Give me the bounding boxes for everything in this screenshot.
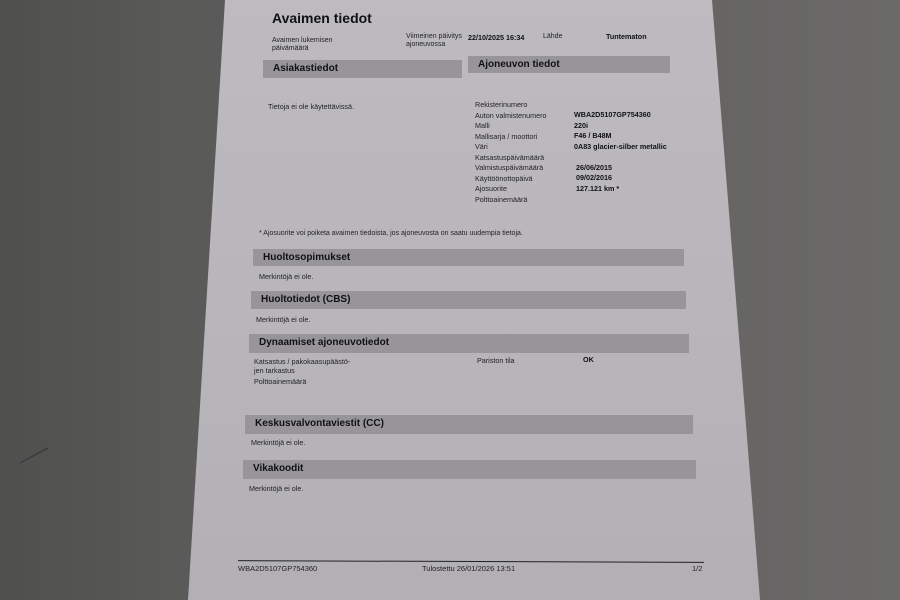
inspection-label: Katsastus / pakokaasupäästö- jen tarkast… bbox=[254, 357, 350, 375]
vehicle-field-label: Malli bbox=[475, 121, 490, 130]
dynamic-heading: Dynaamiset ajoneuvotiedot bbox=[259, 337, 389, 348]
vehicle-field-label: Valmistuspäivämäärä bbox=[475, 163, 543, 172]
key-read-date-label: Avaimen lukemisen päivämäärä bbox=[272, 37, 333, 53]
vehicle-field-label: Mallisarja / moottori bbox=[475, 132, 537, 141]
section-header-service-contracts: Huoltosopimukset bbox=[253, 249, 684, 266]
vehicle-field-label: Väri bbox=[475, 142, 488, 151]
vehicle-field-value: 09/02/2016 bbox=[576, 173, 612, 182]
last-update-label-line2: ajoneuvossa bbox=[406, 41, 462, 49]
footer-rule bbox=[238, 560, 704, 563]
source-value: Tuntematon bbox=[606, 32, 647, 41]
printed-page: Avaimen tiedot Avaimen lukemisen päivämä… bbox=[0, 0, 900, 600]
key-read-date-label-line1: Avaimen lukemisen bbox=[272, 37, 333, 45]
vehicle-field-label: Käyttöönottopäivä bbox=[475, 174, 533, 183]
section-header-dynamic: Dynaamiset ajoneuvotiedot bbox=[249, 334, 689, 353]
surface-scratch bbox=[20, 448, 49, 464]
vehicle-field-value: 26/06/2015 bbox=[576, 163, 612, 172]
inspection-label-line1: Katsastus / pakokaasupäästö- bbox=[254, 357, 350, 366]
inspection-label-line2: jen tarkastus bbox=[254, 366, 350, 375]
vehicle-field-label: Ajosuorite bbox=[475, 184, 507, 193]
mileage-footnote: * Ajosuorite voi poiketa avaimen tiedois… bbox=[259, 230, 523, 237]
fault-codes-text: Merkintöjä ei ole. bbox=[249, 484, 303, 493]
service-data-text: Merkintöjä ei ole. bbox=[256, 315, 310, 324]
vehicle-field-value: 127.121 km * bbox=[576, 184, 619, 193]
page-title: Avaimen tiedot bbox=[272, 10, 372, 26]
section-header-check-control: Keskusvalvontaviestit (CC) bbox=[245, 415, 693, 434]
vehicle-field-value: 0A83 glacier-silber metallic bbox=[574, 142, 667, 151]
last-update-label: Viimeinen päivitys ajoneuvossa bbox=[406, 33, 462, 49]
battery-status-label: Pariston tila bbox=[477, 356, 515, 365]
customer-heading: Asiakastiedot bbox=[273, 63, 338, 74]
footer-page-number: 1/2 bbox=[692, 564, 702, 573]
section-header-customer: Asiakastiedot bbox=[263, 60, 462, 78]
fault-codes-heading: Vikakoodit bbox=[253, 463, 303, 474]
vehicle-field-value: WBA2D5107GP754360 bbox=[574, 110, 651, 119]
vehicle-field-label: Katsastuspäivämäärä bbox=[475, 153, 544, 162]
section-header-vehicle: Ajoneuvon tiedot bbox=[468, 56, 670, 73]
last-update-label-line1: Viimeinen päivitys bbox=[406, 33, 462, 41]
footer-printed-date: Tulostettu 26/01/2026 13:51 bbox=[422, 564, 515, 573]
source-label: Lähde bbox=[543, 33, 562, 41]
fuel-amount-label: Polttoainemäärä bbox=[254, 377, 306, 386]
customer-text: Tietoja ei ole käytettävissä. bbox=[268, 102, 354, 111]
service-contracts-heading: Huoltosopimukset bbox=[263, 252, 350, 263]
key-read-date-label-line2: päivämäärä bbox=[272, 45, 333, 53]
vehicle-heading: Ajoneuvon tiedot bbox=[478, 59, 560, 70]
last-update-value: 22/10/2025 16:34 bbox=[468, 33, 524, 42]
vehicle-field-value: 220i bbox=[574, 121, 588, 130]
vehicle-field-label: Rekisterinumero bbox=[475, 100, 527, 109]
vehicle-field-label: Auton valmistenumero bbox=[475, 111, 547, 120]
service-contracts-text: Merkintöjä ei ole. bbox=[259, 272, 313, 281]
vehicle-field-value: F46 / B48M bbox=[574, 131, 612, 140]
check-control-text: Merkintöjä ei ole. bbox=[251, 438, 305, 447]
battery-status-value: OK bbox=[583, 355, 594, 364]
service-data-heading: Huoltotiedot (CBS) bbox=[261, 294, 350, 305]
section-header-service-data: Huoltotiedot (CBS) bbox=[251, 291, 686, 309]
check-control-heading: Keskusvalvontaviestit (CC) bbox=[255, 418, 384, 429]
footer-vin: WBA2D5107GP754360 bbox=[238, 564, 317, 573]
vehicle-field-label: Polttoainemäärä bbox=[475, 195, 527, 204]
section-header-fault-codes: Vikakoodit bbox=[243, 460, 696, 479]
